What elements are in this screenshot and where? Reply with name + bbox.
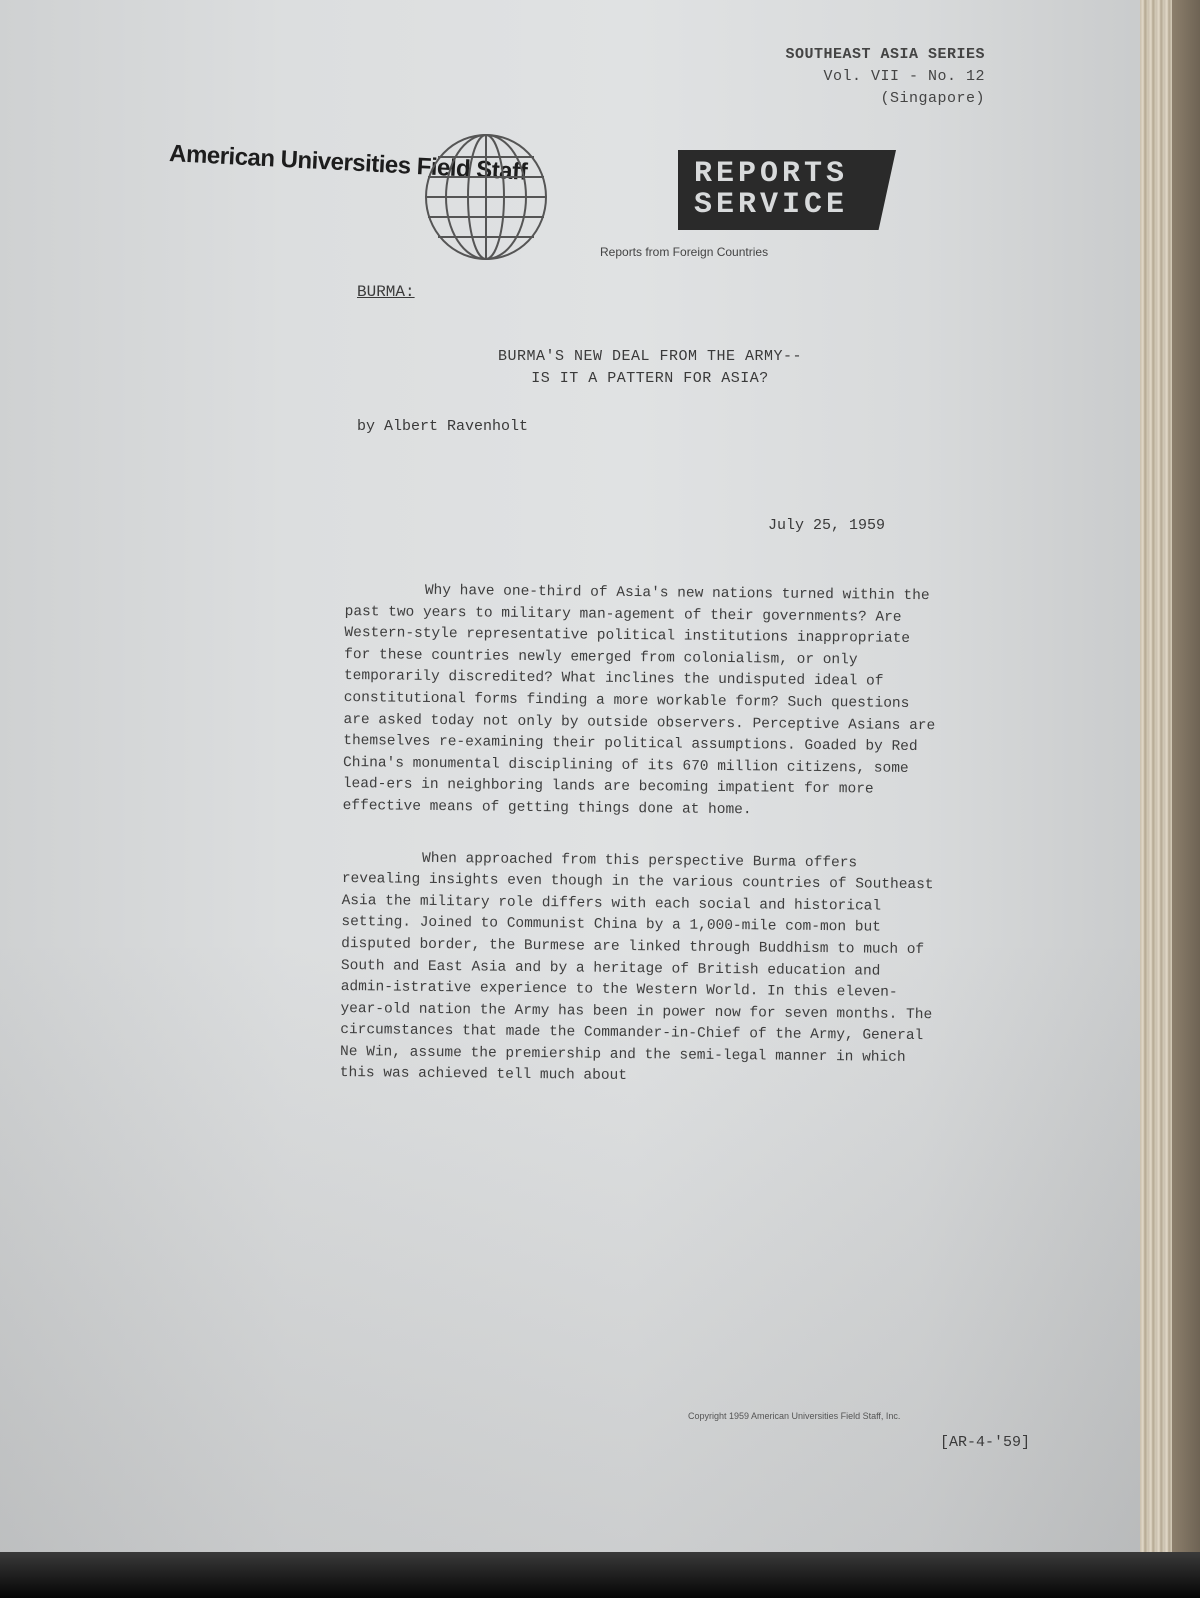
reports-service-badge: REPORTS SERVICE: [678, 150, 896, 230]
volume-number: Vol. VII - No. 12: [785, 66, 985, 88]
masthead-subtitle: Reports from Foreign Countries: [600, 245, 768, 259]
title-line-1: BURMA'S NEW DEAL FROM THE ARMY--: [380, 346, 920, 368]
book-cover-edge: [1172, 0, 1200, 1598]
title-line-2: IS IT A PATTERN FOR ASIA?: [380, 368, 920, 390]
report-title: BURMA'S NEW DEAL FROM THE ARMY-- IS IT A…: [380, 346, 920, 390]
document-page: SOUTHEAST ASIA SERIES Vol. VII - No. 12 …: [0, 0, 1150, 1560]
series-location: (Singapore): [785, 88, 985, 110]
bottom-shadow: [0, 1552, 1200, 1598]
series-name: SOUTHEAST ASIA SERIES: [785, 44, 985, 66]
paragraph-2: When approached from this perspective Bu…: [340, 848, 942, 1092]
report-code: [AR-4-'59]: [940, 1434, 1030, 1451]
paragraph-1: Why have one-third of Asia's new nations…: [343, 580, 945, 824]
badge-line-1: REPORTS: [694, 159, 896, 190]
body-text: Why have one-third of Asia's new nations…: [339, 580, 945, 1121]
badge-line-2: SERVICE: [694, 190, 896, 221]
report-date: July 25, 1959: [768, 517, 885, 534]
country-heading: BURMA:: [357, 283, 415, 301]
byline: by Albert Ravenholt: [357, 418, 528, 435]
series-header: SOUTHEAST ASIA SERIES Vol. VII - No. 12 …: [785, 44, 985, 110]
copyright-notice: Copyright 1959 American Universities Fie…: [688, 1411, 900, 1421]
globe-icon: [422, 132, 550, 262]
